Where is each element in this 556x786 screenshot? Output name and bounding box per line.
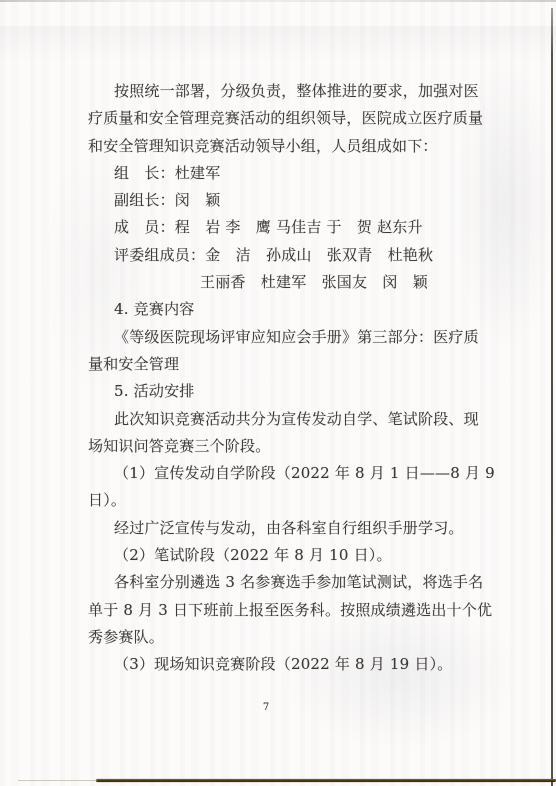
text-line-phase-3: （3）现场知识竞赛阶段（2022 年 8 月 19 日）。	[88, 651, 480, 678]
text-line: 场知识问答竞赛三个阶段。	[88, 433, 480, 460]
text-line-heading-5: 5. 活动安排	[88, 378, 480, 405]
text-line: 单于 8 月 3 日下班前上报至医务科。按照成绩遴选出十个优	[88, 597, 480, 624]
text-line: 各科室分别遴选 3 名参赛选手参加笔试测试，将选手名	[88, 569, 480, 596]
text-line-judges-cont: 王丽香 杜建军 张国友 闵 颖	[88, 269, 480, 296]
text-line-deputy-leader: 副组长：闵 颖	[88, 187, 480, 214]
text-line: 此次知识竞赛活动共分为宣传发动自学、笔试阶段、现	[88, 406, 480, 433]
text-line: 按照统一部署，分级负责，整体推进的要求，加强对医	[88, 78, 480, 105]
page-number: 7	[251, 702, 281, 713]
text-line-phase-1: （1）宣传发动自学阶段（2022 年 8 月 1 日——8 月 9	[88, 460, 480, 487]
text-line: 和安全管理知识竞赛活动领导小组，人员组成如下：	[88, 133, 480, 160]
text-line-heading-4: 4. 竞赛内容	[88, 296, 480, 323]
text-line: 经过广泛宣传与发动，由各科室自行组织手册学习。	[88, 515, 480, 542]
scan-shade-band	[0, 26, 556, 62]
text-line-phase-2: （2）笔试阶段（2022 年 8 月 10 日）。	[88, 542, 480, 569]
text-line: 量和安全管理	[88, 351, 480, 378]
text-line: 疗质量和安全管理竞赛活动的组织领导，医院成立医疗质量	[88, 105, 480, 132]
text-line: 秀参赛队。	[88, 624, 480, 651]
text-line-judges: 评委组成员：金 洁 孙成山 张双青 杜艳秋	[88, 242, 480, 269]
text-line-members: 成 员：程 岩 李 鹰 马佳吉 于 贺 赵东升	[88, 214, 480, 241]
scan-edge-top	[0, 0, 556, 2]
scan-edge-right	[551, 8, 553, 786]
scan-edge-bottom	[96, 779, 556, 782]
text-line: 日）。	[88, 487, 480, 514]
document-body: 按照统一部署，分级负责，整体推进的要求，加强对医 疗质量和安全管理竞赛活动的组织…	[88, 78, 480, 679]
text-line: 《等级医院现场评审应知应会手册》第三部分：医疗质	[88, 324, 480, 351]
scanned-document-page: 按照统一部署，分级负责，整体推进的要求，加强对医 疗质量和安全管理竞赛活动的组织…	[0, 0, 556, 786]
text-line-group-leader: 组 长：杜建军	[88, 160, 480, 187]
scan-edge-bottom-left	[18, 780, 98, 781]
